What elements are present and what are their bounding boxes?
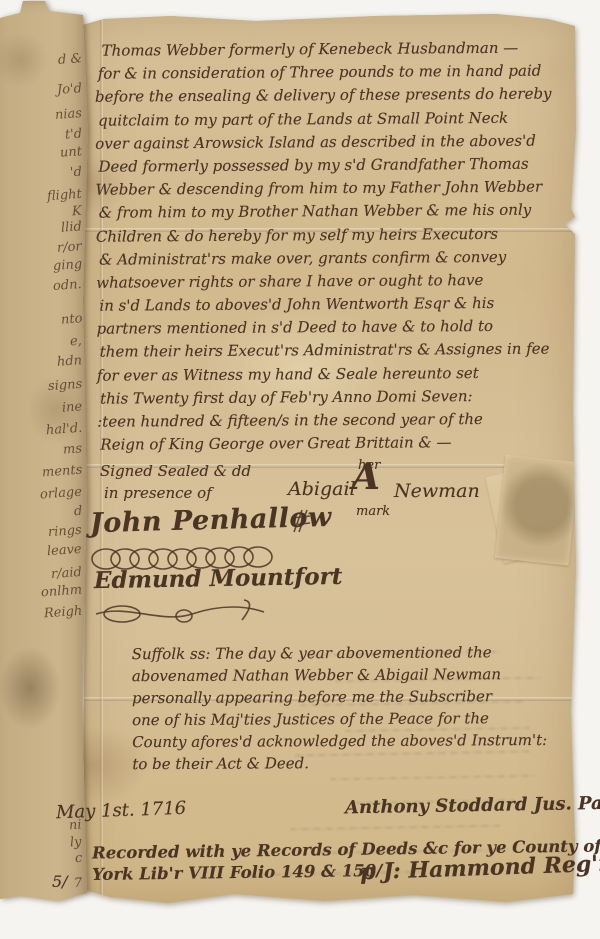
left-page-fragment: orlage xyxy=(40,485,83,503)
left-page-fragment: c xyxy=(74,851,82,866)
deed-line: whatsoever rights or share I have or oug… xyxy=(96,268,580,295)
left-page-fragment: K xyxy=(72,204,83,220)
left-page-fragment: Jo'd xyxy=(57,81,83,98)
deed-line: & from him to my Brother Nathan Webber &… xyxy=(99,199,580,226)
deed-line: Reign of King George over Great Brittain… xyxy=(100,430,581,457)
deed-line: over against Arowsick Island as describe… xyxy=(95,129,579,156)
deed-line: in s'd Lands to aboves'd John Wentworth … xyxy=(99,291,580,318)
justice-signature-anthony-stoddard: Anthony Stoddard Jus. Pac. xyxy=(345,793,600,819)
penhallow-paraph-flourish xyxy=(290,508,312,534)
acknowledgment-line: County afores'd acknowledged the aboves'… xyxy=(132,729,562,753)
left-page-fragment: ly xyxy=(70,835,83,851)
deed-line: this Twenty first day of Feb'ry Anno Dom… xyxy=(100,384,581,411)
left-page-fragment: signs xyxy=(47,377,82,394)
acknowledgment-line: to be their Act & Deed. xyxy=(132,751,562,775)
facing-page-edge: d & Jo'd nias t'd unt 'd flight K llid r… xyxy=(0,0,92,939)
left-page-fragment: leave xyxy=(47,542,83,559)
left-page-fragment: rings xyxy=(48,523,83,540)
acknowledgment-line: Suffolk ss: The day & year abovementione… xyxy=(132,641,562,665)
scanned-manuscript-page: d & Jo'd nias t'd unt 'd flight K llid r… xyxy=(0,0,600,939)
left-page-fragment: ments xyxy=(41,463,82,481)
left-page-fragment: Reigh xyxy=(43,604,82,622)
left-page-fragment: onlhm xyxy=(40,583,82,601)
deed-line: partners mentioned in s'd Deed to have &… xyxy=(96,315,580,342)
deed-line: Children & do hereby for my self my heir… xyxy=(96,222,580,249)
deed-line: Webber & descending from him to my Fathe… xyxy=(96,175,580,202)
mountfort-underline-flourish xyxy=(92,600,272,630)
left-page-fragment: ging xyxy=(52,257,82,274)
in-presence-line: in presence of xyxy=(104,484,212,502)
left-page-fragment: ine xyxy=(61,399,82,415)
left-page-fragment: nias xyxy=(55,106,83,123)
deed-line: Deed formerly possessed by my s'd Grandf… xyxy=(98,152,579,179)
mark-word: mark xyxy=(356,504,390,519)
left-page-fragment: nto xyxy=(60,311,82,327)
deed-line: Thomas Webber formerly of Kenebeck Husba… xyxy=(102,36,579,63)
signed-sealed-line: Signed Sealed & dd xyxy=(100,462,251,480)
witness-signature-edmund-mountfort: Edmund Mountfort xyxy=(94,563,343,594)
left-page-fragment: llid xyxy=(61,219,83,235)
page-notation: 5/ xyxy=(52,872,68,891)
deed-line: for ever as Witness my hand & Seale here… xyxy=(97,361,581,388)
left-page-fragment: e, xyxy=(70,334,83,350)
left-page-fragment: t'd xyxy=(64,126,82,142)
left-page-fragment: d xyxy=(73,504,82,520)
left-page-fragment: ms xyxy=(62,441,82,457)
left-page-fragment: r/aid xyxy=(51,565,83,582)
left-page-fragment: odn. xyxy=(53,277,83,294)
signer-mark: A xyxy=(352,462,380,492)
recording-line-2: York Lib'r VIII Folio 149 & 150/ xyxy=(92,861,382,884)
deed-line: quitclaim to my part of the Lands at Sma… xyxy=(98,106,579,133)
left-page-fragment: r/or xyxy=(57,239,83,256)
left-page-fragment: hal'd. xyxy=(45,421,82,438)
deed-line: & Administrat'rs make over, grants confi… xyxy=(99,245,580,272)
signer-surname: Newman xyxy=(394,480,480,502)
left-page-fragment: d & xyxy=(57,51,82,68)
deed-body-text: Thomas Webber formerly of Kenebeck Husba… xyxy=(95,36,582,457)
left-page-fragment: 'd xyxy=(70,165,83,181)
left-page-fragment: hdn xyxy=(56,353,82,370)
acknowledgment-line: personally appearing before me the Subsc… xyxy=(132,685,562,709)
acknowledgment-line: abovenamed Nathan Webber & Abigail Newma… xyxy=(132,663,562,687)
left-page-fragment: flight xyxy=(47,187,83,204)
acknowledgment-text: Suffolk ss: The day & year abovementione… xyxy=(132,641,563,775)
deed-line: for & in consideration of Three pounds t… xyxy=(98,60,579,87)
signer-first-name: Abigail xyxy=(288,478,356,500)
acknowledgment-line: one of his Maj'ties Justices of the Peac… xyxy=(132,707,562,731)
left-page-fragment: unt xyxy=(60,144,83,160)
left-page-fragment: 7 xyxy=(73,876,82,892)
deed-line: :teen hundred & fifteen/s in the second … xyxy=(97,407,581,434)
deed-line: them their heirs Execut'rs Administrat'r… xyxy=(100,338,581,365)
deed-line: before the ensealing & delivery of these… xyxy=(95,83,579,110)
